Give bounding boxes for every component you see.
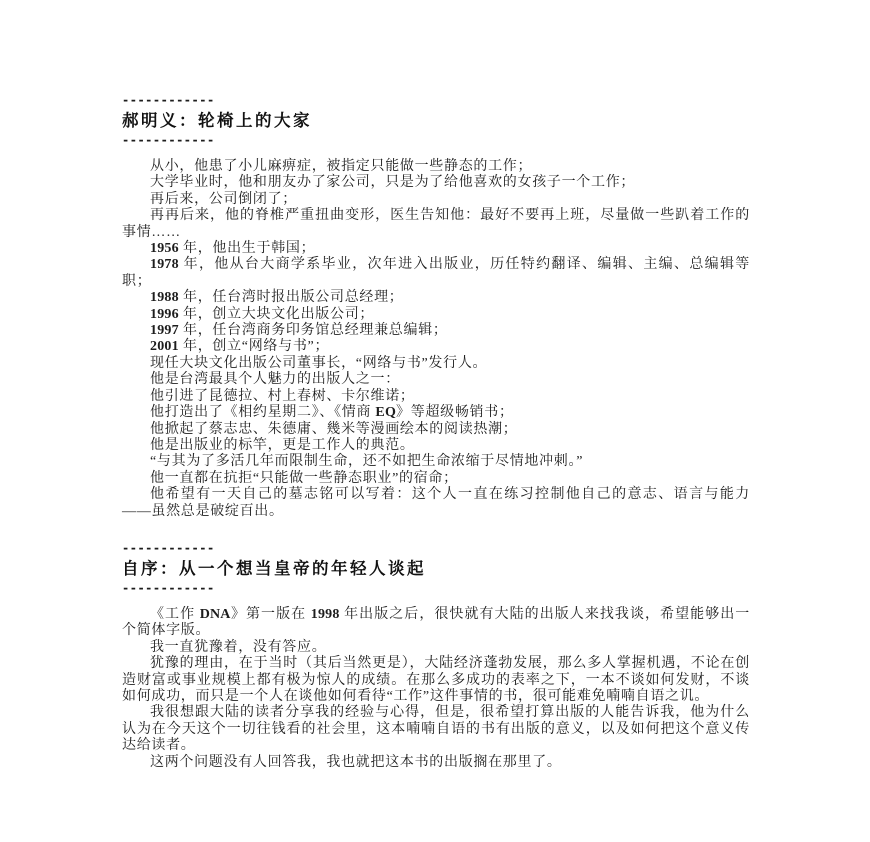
document-page: ------------郝明义：轮椅上的大家------------从小，他患了…	[0, 0, 870, 842]
section-title: 自序：从一个想当皇帝的年轻人谈起	[122, 558, 750, 579]
dash-separator: ------------	[122, 582, 750, 595]
paragraph: 他打造出了《相约星期二》、《情商 EQ》等超级畅销书；	[122, 405, 750, 421]
document-content: ------------郝明义：轮椅上的大家------------从小，他患了…	[122, 94, 750, 771]
paragraph: 再后来，公司倒闭了；	[122, 192, 750, 208]
paragraph: “与其为了多活几年而限制生命，还不如把生命浓缩于尽情地冲刺。”	[122, 454, 750, 470]
paragraph: 他一直都在抗拒“只能做一些静态职业”的宿命；	[122, 471, 750, 487]
dash-separator: ------------	[122, 134, 750, 147]
paragraph: 2001 年，创立“网络与书”；	[122, 339, 750, 355]
section-title: 郝明义：轮椅上的大家	[122, 110, 750, 131]
paragraph: 1988 年，任台湾时报出版公司总经理；	[122, 290, 750, 306]
paragraph: 犹豫的理由，在于当时（其后当然更是），大陆经济蓬勃发展，那么多人掌握机遇，不论在…	[122, 656, 750, 705]
paragraph: 1997 年，任台湾商务印务馆总经理兼总编辑；	[122, 323, 750, 339]
paragraph: 1956 年，他出生于韩国；	[122, 241, 750, 257]
paragraph: 大学毕业时，他和朋友办了家公司，只是为了给他喜欢的女孩子一个工作；	[122, 175, 750, 191]
paragraph: 他引进了昆德拉、村上春树、卡尔维诺；	[122, 389, 750, 405]
paragraph: 这两个问题没有人回答我，我也就把这本书的出版搁在那里了。	[122, 755, 750, 771]
section-heading: ------------自序：从一个想当皇帝的年轻人谈起------------	[122, 542, 750, 595]
paragraph: 《工作 DNA》第一版在 1998 年出版之后，很快就有大陆的出版人来找我谈，希…	[122, 607, 750, 640]
paragraph: 从小，他患了小儿麻痹症，被指定只能做一些静态的工作；	[122, 159, 750, 175]
paragraph: 再再后来，他的脊椎严重扭曲变形，医生告知他：最好不要再上班，尽量做一些趴着工作的…	[122, 208, 750, 241]
paragraph: 他是台湾最具个人魅力的出版人之一：	[122, 372, 750, 388]
paragraph: 他希望有一天自己的墓志铭可以写着：这个人一直在练习控制他自己的意志、语言与能力—…	[122, 487, 750, 520]
paragraph-block: 《工作 DNA》第一版在 1998 年出版之后，很快就有大陆的出版人来找我谈，希…	[122, 607, 750, 771]
paragraph-block: 从小，他患了小儿麻痹症，被指定只能做一些静态的工作；大学毕业时，他和朋友办了家公…	[122, 159, 750, 520]
paragraph: 1978 年，他从台大商学系毕业，次年进入出版业，历任特约翻译、编辑、主编、总编…	[122, 257, 750, 290]
dash-separator: ------------	[122, 542, 750, 555]
paragraph: 他是出版业的标竿，更是工作人的典范。	[122, 438, 750, 454]
paragraph: 1996 年，创立大块文化出版公司；	[122, 307, 750, 323]
paragraph: 我很想跟大陆的读者分享我的经验与心得，但是，很希望打算出版的人能告诉我，他为什么…	[122, 705, 750, 754]
paragraph: 我一直犹豫着，没有答应。	[122, 640, 750, 656]
paragraph: 现任大块文化出版公司董事长，“网络与书”发行人。	[122, 356, 750, 372]
section-heading: ------------郝明义：轮椅上的大家------------	[122, 94, 750, 147]
dash-separator: ------------	[122, 94, 750, 107]
paragraph: 他掀起了蔡志忠、朱德庸、幾米等漫画绘本的阅读热潮；	[122, 422, 750, 438]
